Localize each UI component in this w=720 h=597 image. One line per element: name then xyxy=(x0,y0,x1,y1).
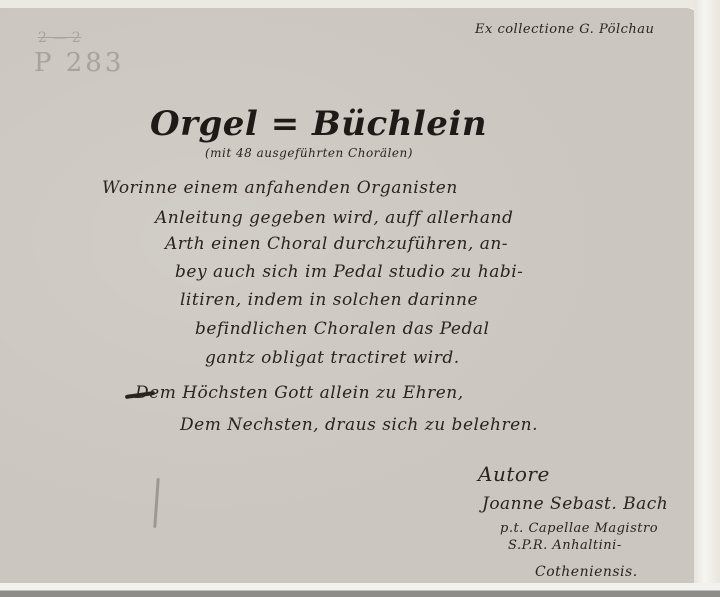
scan-bottom-margin xyxy=(0,583,720,597)
motto-line: Dem Nechsten, draus sich zu belehren. xyxy=(180,415,538,435)
scan-top-margin xyxy=(0,0,720,8)
page-subtitle: (mit 48 ausgeführten Chorälen) xyxy=(205,146,413,160)
struck-shelfmark: 2 — 2 xyxy=(38,30,81,46)
author-signature: Joanne Sebast. Bach xyxy=(482,494,668,514)
stray-ink-mark xyxy=(153,478,159,528)
body-line: Arth einen Choral durchzuführen, an- xyxy=(165,234,508,254)
provenance-note: Ex collectione G. Pölchau xyxy=(475,22,654,37)
manuscript-page: 2 — 2 P 283 Ex collectione G. Pölchau Or… xyxy=(0,8,700,586)
body-line: Anleitung gegeben wird, auff allerhand xyxy=(155,208,513,228)
author-title-line: p.t. Capellae Magistro xyxy=(500,521,658,536)
body-line: litiren, indem in solchen darinne xyxy=(180,290,478,310)
body-line: bey auch sich im Pedal studio zu habi- xyxy=(175,262,523,282)
body-line: befindlichen Choralen das Pedal xyxy=(195,319,489,339)
author-label: Autore xyxy=(478,462,550,486)
author-title-line: S.P.R. Anhaltini- xyxy=(508,538,622,553)
library-shelfmark: P 283 xyxy=(34,48,124,78)
author-title-line: Cotheniensis. xyxy=(535,564,638,580)
body-line: gantz obligat tractiret wird. xyxy=(205,348,460,368)
motto-line: Dem Höchsten Gott allein zu Ehren, xyxy=(135,383,464,403)
page-title: Orgel = Büchlein xyxy=(150,104,487,144)
page-edge xyxy=(694,0,720,597)
body-line: Worinne einem anfahenden Organisten xyxy=(102,178,458,198)
